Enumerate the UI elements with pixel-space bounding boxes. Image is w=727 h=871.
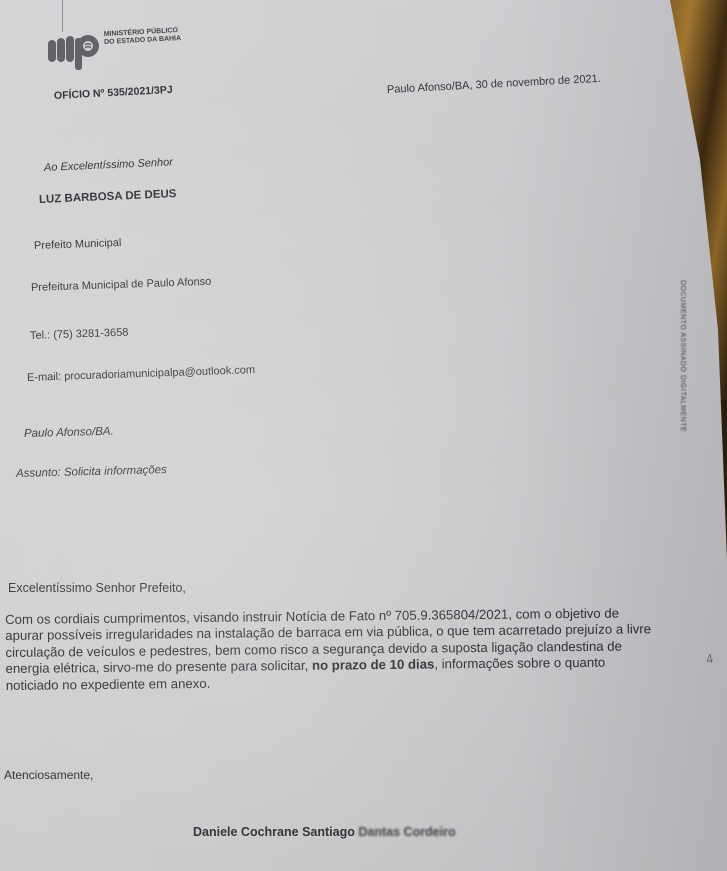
letterhead-org-name: MINISTÉRIO PÚBLICO DO ESTADO DA BAHIA — [104, 27, 182, 47]
recipient-organization: Prefeitura Municipal de Paulo Afonso — [31, 276, 212, 294]
body-text: energia elétrica, sirvo-me do presente p… — [6, 658, 313, 676]
recipient-greeting: Ao Excelentíssimo Senhor — [44, 156, 173, 174]
salutation: Excelentíssimo Senhor Prefeito, — [8, 581, 186, 595]
recipient-role: Prefeito Municipal — [34, 237, 122, 252]
letter-body: Com os cordiais cumprimentos, visando in… — [5, 604, 726, 694]
digital-signature-stamp: DOCUMENTO ASSINADO DIGITALMENTE — [679, 280, 686, 432]
staple-mark — [62, 0, 63, 32]
oficio-number: OFÍCIO Nº 535/2021/3PJ — [54, 84, 173, 102]
mp-logo-icon — [46, 32, 100, 70]
body-text: , informações sobre o quanto — [434, 655, 605, 672]
signature-name: Daniele Cochrane Santiago Dantas Cordeir… — [193, 825, 456, 839]
letter-subject: Assunto: Solicita informações — [16, 464, 167, 480]
closing: Atenciosamente, — [4, 768, 93, 782]
recipient-email: E-mail: procuradoriamunicipalpa@outlook.… — [27, 364, 255, 384]
deadline-emphasis: no prazo de 10 dias — [312, 657, 435, 673]
signature-blurred: Dantas Cordeiro — [358, 825, 455, 839]
recipient-city: Paulo Afonso/BA. — [24, 426, 114, 440]
letter-date: Paulo Afonso/BA, 30 de novembro de 2021. — [387, 73, 601, 96]
recipient-phone: Tel.: (75) 3281-3658 — [30, 327, 129, 342]
signature-visible: Daniele Cochrane Santiago — [193, 825, 355, 839]
letter-page: MINISTÉRIO PÚBLICO DO ESTADO DA BAHIA OF… — [0, 0, 727, 871]
recipient-name: LUZ BARBOSA DE DEUS — [39, 188, 177, 206]
